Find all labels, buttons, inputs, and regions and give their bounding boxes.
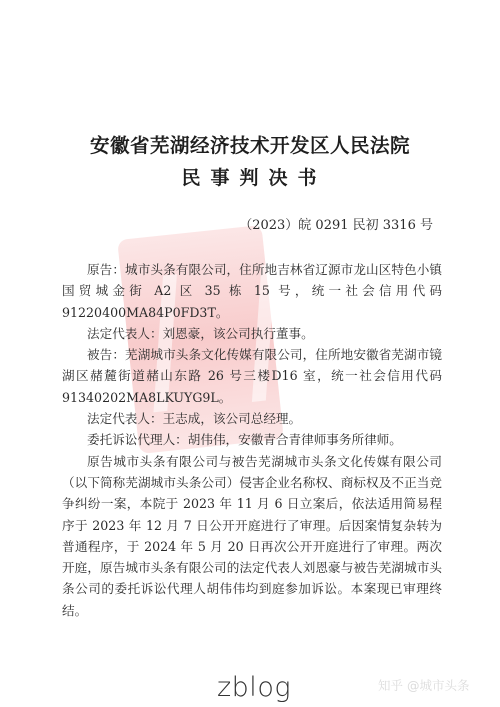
court-name: 安徽省芜湖经济技术开发区人民法院 — [0, 130, 500, 158]
source-watermark-text: 知乎 @城市头条 — [378, 676, 469, 694]
plaintiff-representative: 法定代表人：刘恩豪，该公司执行董事。 — [62, 323, 442, 344]
document-type-title: 民事判决书 — [0, 163, 500, 190]
defendant-paragraph: 被告：芜湖城市头条文化传媒有限公司，住所地安徽省芜湖市镜湖区赭麓街道赭山东路 2… — [62, 344, 442, 408]
footer-brand-text: zblog — [217, 672, 291, 703]
case-summary-paragraph: 原告城市头条有限公司与被告芜湖城市头条文化传媒有限公司（以下简称芜湖城市头条公司… — [62, 451, 442, 621]
defendant-agent: 委托诉讼代理人：胡伟伟，安徽青合青律师事务所律师。 — [62, 429, 442, 450]
defendant-representative: 法定代表人：王志成，该公司总经理。 — [62, 408, 442, 429]
judgment-body: 原告：城市头条有限公司，住所地吉林省辽源市龙山区特色小镇国贸城金街 A2 区 3… — [62, 259, 442, 621]
plaintiff-paragraph: 原告：城市头条有限公司，住所地吉林省辽源市龙山区特色小镇国贸城金街 A2 区 3… — [62, 259, 442, 323]
case-number: （2023）皖 0291 民初 3316 号 — [239, 214, 433, 233]
document-page: 安徽省芜湖经济技术开发区人民法院 民事判决书 （2023）皖 0291 民初 3… — [0, 0, 500, 707]
